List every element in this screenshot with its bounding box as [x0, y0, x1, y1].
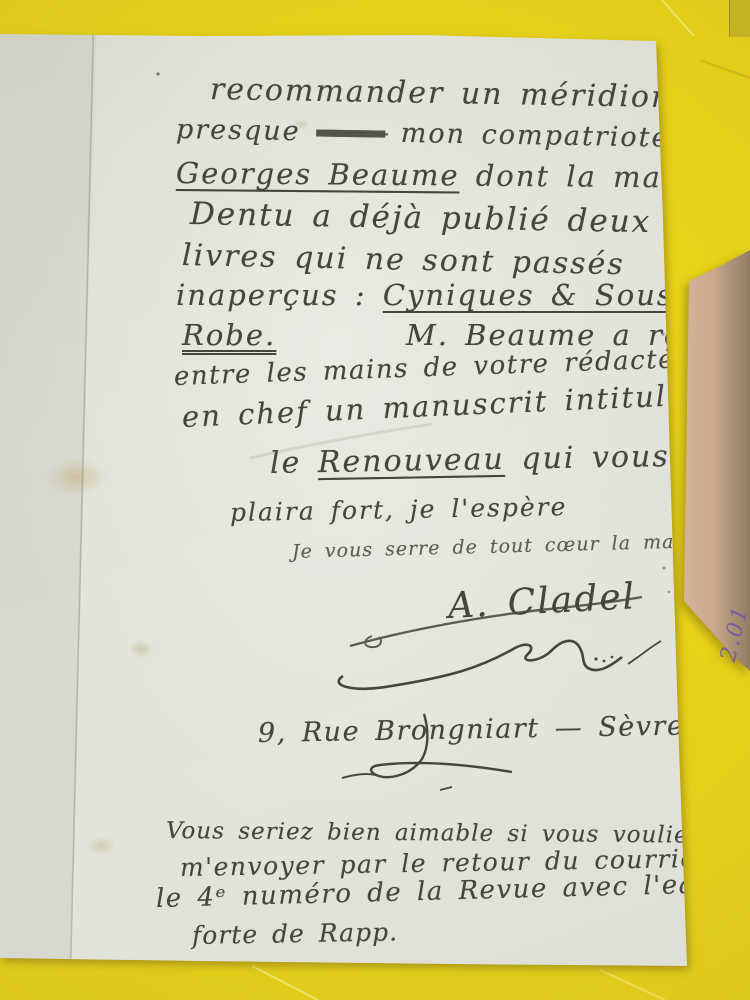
envelope-sheet — [0, 0, 750, 1000]
envelope-sheet-wrap: 2.01 — [0, 0, 750, 1000]
photo-background: recommander un méridionalpresque ——— mon… — [0, 0, 750, 1000]
